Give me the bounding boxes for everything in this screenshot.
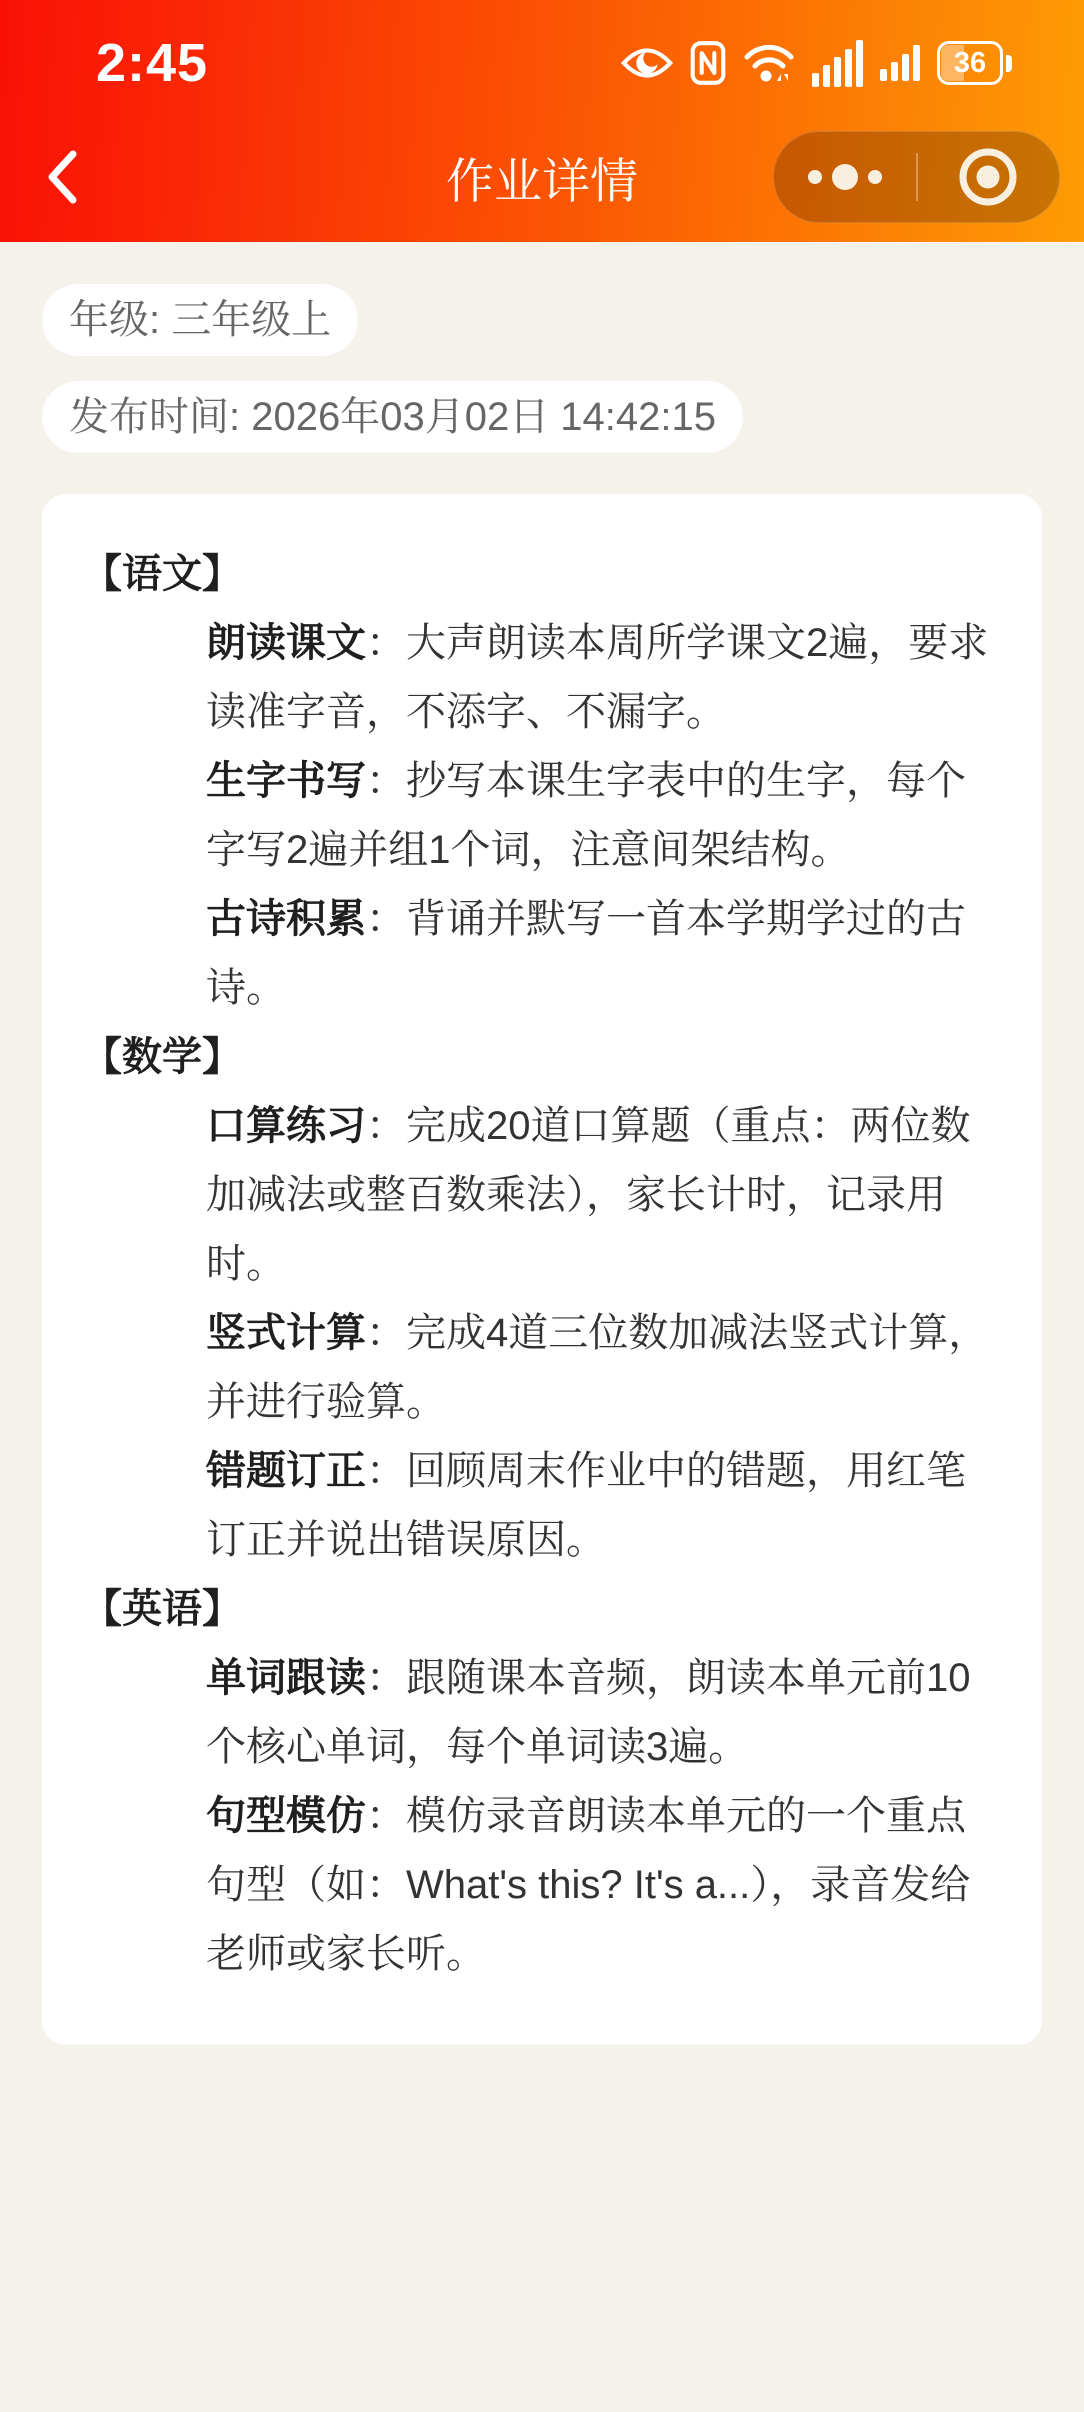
more-dots-icon <box>808 170 822 184</box>
section-title: 【英语】 <box>82 1575 1002 1644</box>
grade-chip: 年级: 三年级上 <box>42 284 358 356</box>
item-label: 句型模仿 <box>206 1794 366 1838</box>
homework-item: 朗读课文：大声朗读本周所学课文2遍，要求读准字音，不添字、不漏字。 <box>82 609 1002 747</box>
page-title: 作业详情 <box>446 143 638 212</box>
miniprogram-capsule <box>773 131 1060 223</box>
homework-item: 错题订正：回顾周末作业中的错题，用红笔订正并说出错误原因。 <box>82 1437 1002 1575</box>
item-separator: ： <box>366 1794 406 1838</box>
battery-percent-label: 36 <box>954 49 986 78</box>
section-title: 【语文】 <box>82 540 1002 609</box>
homework-item: 口算练习：完成20道口算题（重点：两位数加减法或整百数乘法），家长计时，记录用时… <box>82 1092 1002 1299</box>
item-separator: ： <box>366 1656 406 1700</box>
more-button[interactable] <box>774 132 916 222</box>
eye-protection-icon <box>621 44 673 82</box>
page-content: 年级: 三年级上 发布时间: 2026年03月02日 14:42:15 【语文】… <box>0 242 1084 2045</box>
item-label: 竖式计算 <box>206 1311 366 1355</box>
item-separator: ： <box>366 1104 406 1148</box>
item-label: 生字书写 <box>206 759 366 803</box>
item-separator: ： <box>366 1449 406 1493</box>
homework-item: 古诗积累：背诵并默写一首本学期学过的古诗。 <box>82 885 1002 1023</box>
item-separator: ： <box>366 759 406 803</box>
status-icons: 36 <box>621 40 1012 87</box>
signal-icon-sim1 <box>812 40 863 87</box>
exit-button[interactable] <box>918 132 1060 222</box>
item-label: 单词跟读 <box>206 1656 366 1700</box>
battery-icon: 36 <box>937 41 1012 85</box>
app-screen: 2:45 <box>0 0 1084 2412</box>
back-button[interactable] <box>38 142 86 212</box>
homework-item: 句型模仿：模仿录音朗读本单元的一个重点句型（如：What's this? It'… <box>82 1782 1002 1989</box>
item-label: 口算练习 <box>206 1104 366 1148</box>
homework-item: 生字书写：抄写本课生字表中的生字，每个字写2遍并组1个词，注意间架结构。 <box>82 747 1002 885</box>
exit-target-icon <box>957 146 1019 208</box>
publish-time-chip: 发布时间: 2026年03月02日 14:42:15 <box>42 381 743 453</box>
nav-bar: 作业详情 <box>0 112 1084 242</box>
item-label: 朗读课文 <box>206 621 366 665</box>
battery-body: 36 <box>937 41 1003 85</box>
item-separator: ： <box>366 621 406 665</box>
homework-item: 单词跟读：跟随课本音频，朗读本单元前10个核心单词，每个单词读3遍。 <box>82 1644 1002 1782</box>
status-time: 2:45 <box>96 32 208 94</box>
item-separator: ： <box>366 897 406 941</box>
status-bar: 2:45 <box>0 0 1084 112</box>
back-chevron-icon <box>46 150 78 204</box>
homework-detail-card: 【语文】朗读课文：大声朗读本周所学课文2遍，要求读准字音，不添字、不漏字。生字书… <box>42 494 1042 2045</box>
item-label: 错题订正 <box>206 1449 366 1493</box>
item-label: 古诗积累 <box>206 897 366 941</box>
section-title: 【数学】 <box>82 1023 1002 1092</box>
signal-icon-sim2 <box>880 45 920 81</box>
homework-item: 竖式计算：完成4道三位数加减法竖式计算，并进行验算。 <box>82 1299 1002 1437</box>
top-gradient-bar: 2:45 <box>0 0 1084 242</box>
wifi-icon <box>743 41 795 85</box>
item-separator: ： <box>366 1311 406 1355</box>
nfc-icon <box>690 40 726 86</box>
battery-nub <box>1006 55 1012 72</box>
